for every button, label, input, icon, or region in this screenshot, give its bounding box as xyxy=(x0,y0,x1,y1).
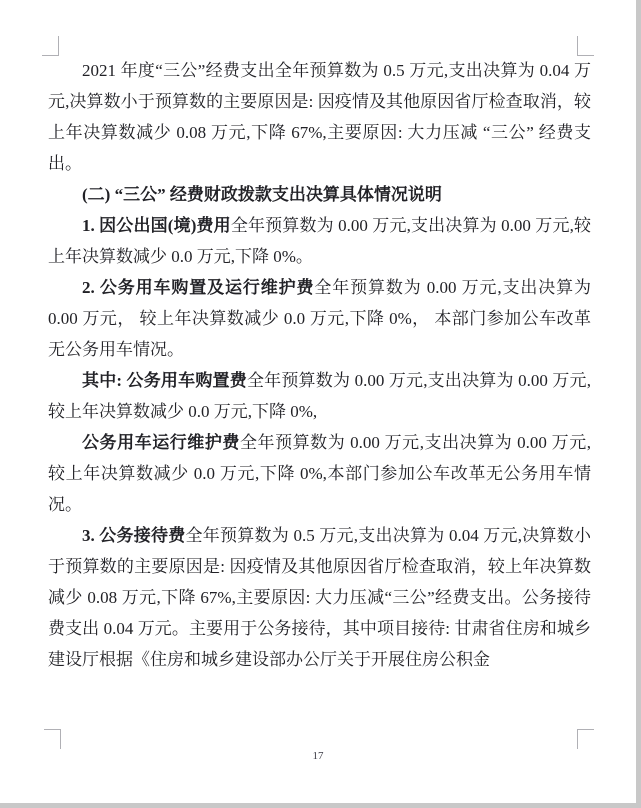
section-heading-text: (二) “三公” 经费财政拨款支出决算具体情况说明 xyxy=(82,185,442,204)
crop-mark-top-right xyxy=(577,36,594,56)
document-body: 2021 年度“三公”经费支出全年预算数为 0.5 万元,支出决算为 0.04 … xyxy=(48,55,591,675)
paragraph-summary-2021: 2021 年度“三公”经费支出全年预算数为 0.5 万元,支出决算为 0.04 … xyxy=(48,55,591,179)
item-vehicle-maintenance: 公务用车运行维护费全年预算数为 0.00 万元,支出决算为 0.00 万元,较上… xyxy=(48,427,591,520)
item-3-reception-expense: 3. 公务接待费全年预算数为 0.5 万元,支出决算为 0.04 万元,决算数小… xyxy=(48,520,591,675)
item-2-vehicle-expense: 2. 公务用车购置及运行维护费全年预算数为 0.00 万元,支出决算为 0.00… xyxy=(48,272,591,365)
item-label: 公务用车运行维护费 xyxy=(82,433,240,452)
page-edge-right xyxy=(636,0,641,808)
item-text: 全年预算数为 0.5 万元,支出决算为 0.04 万元,决算数小于预算数的主要原… xyxy=(48,526,591,669)
item-label: 1. 因公出国(境)费用 xyxy=(82,216,231,235)
paragraph-text: 2021 年度“三公”经费支出全年预算数为 0.5 万元,支出决算为 0.04 … xyxy=(48,61,591,173)
crop-mark-bottom-right xyxy=(577,729,594,749)
crop-mark-bottom-left xyxy=(44,729,61,749)
item-label: 3. 公务接待费 xyxy=(82,526,186,545)
page-edge-bottom xyxy=(0,803,641,808)
document-page: 2021 年度“三公”经费支出全年预算数为 0.5 万元,支出决算为 0.04 … xyxy=(0,0,641,808)
page-number: 17 xyxy=(0,750,636,762)
item-label: 2. 公务用车购置及运行维护费 xyxy=(82,278,314,297)
item-vehicle-purchase: 其中: 公务用车购置费全年预算数为 0.00 万元,支出决算为 0.00 万元,… xyxy=(48,365,591,427)
crop-mark-top-left xyxy=(42,36,59,56)
section-heading-2: (二) “三公” 经费财政拨款支出决算具体情况说明 xyxy=(48,179,591,210)
item-1-abroad-expense: 1. 因公出国(境)费用全年预算数为 0.00 万元,支出决算为 0.00 万元… xyxy=(48,210,591,272)
item-label: 其中: 公务用车购置费 xyxy=(82,371,247,390)
